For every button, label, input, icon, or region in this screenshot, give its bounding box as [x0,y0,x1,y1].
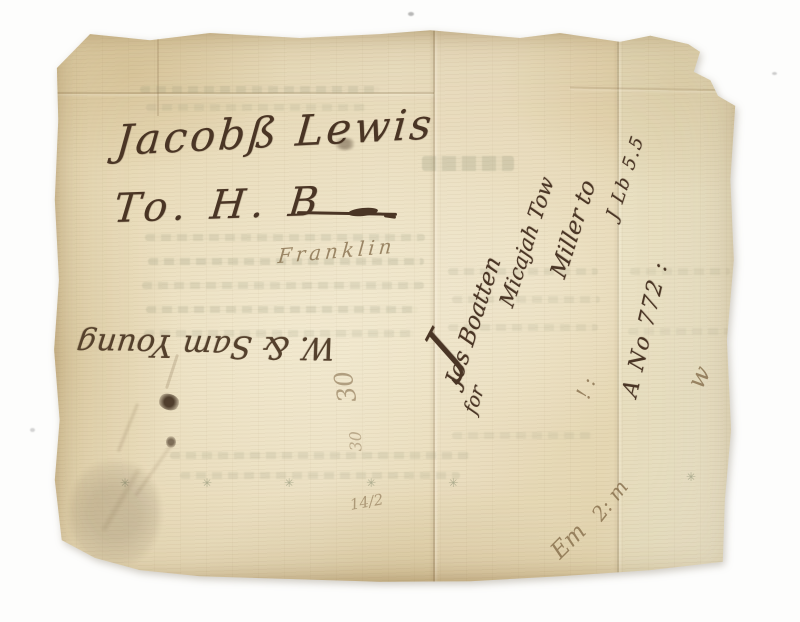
manuscript-paper: ✳✳✳✳✳ ✳ Jacobß Lewis To. H. B Franklin J… [50,28,740,584]
paper-wrapper: ✳✳✳✳✳ ✳ Jacobß Lewis To. H. B Franklin J… [0,0,800,622]
scanned-document-scene: ✳✳✳✳✳ ✳ Jacobß Lewis To. H. B Franklin J… [0,0,800,622]
edge-grime-overlay [50,28,740,584]
